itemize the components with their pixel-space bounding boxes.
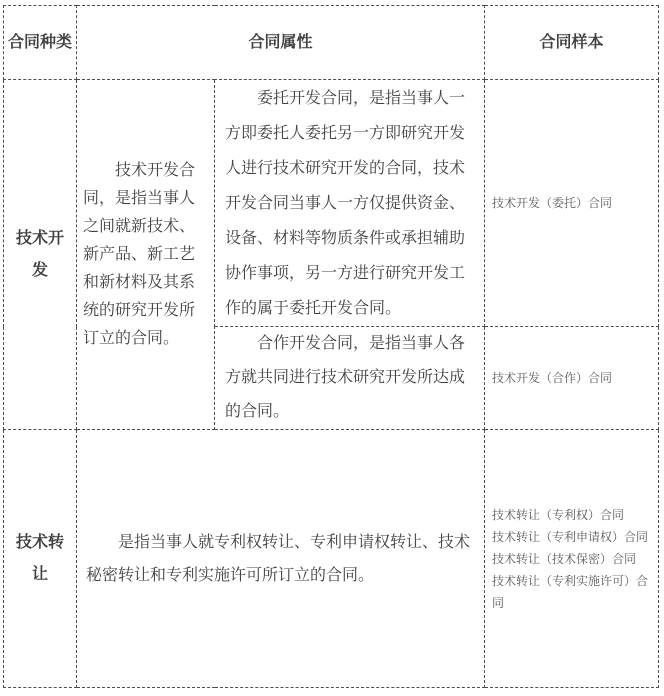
tech-transfer-sample-item: 技术转让（专利权）合同 [492,504,651,526]
tech-transfer-sample-item: 技术转让（专利申请权）合同 [492,526,651,548]
table-header-row: 合同种类 合同属性 合同样本 [4,6,659,80]
header-contract-attribute: 合同属性 [77,6,485,80]
tech-transfer-sample-list: 技术转让（专利权）合同 技术转让（专利申请权）合同 技术转让（技术保密）合同 技… [485,430,659,688]
cooperate-dev-attribute-text: 合作开发合同，是指当事人各方就共同进行技术研究开发所达成的合同。 [215,327,485,430]
header-contract-category: 合同种类 [4,6,77,80]
tech-transfer-sample-item: 技术转让（专利实施许可）合同 [492,570,651,614]
contract-types-table: 合同种类 合同属性 合同样本 技术开发 技术开发合同，是指当事人之间就新技术、新… [3,5,659,688]
tech-dev-definition-text: 技术开发合同，是指当事人之间就新技术、新产品、新工艺和新材料及其系统的研究开发所… [77,80,215,430]
entrust-dev-attribute-text: 委托开发合同，是指当事人一方即委托人委托另一方即研究开发人进行技术研究开发的合同… [215,80,485,327]
cooperate-dev-sample-text: 技术开发（合作）合同 [485,327,659,430]
tech-transfer-category-label: 技术转让 [4,430,77,688]
tech-transfer-sample-item: 技术转让（技术保密）合同 [492,548,651,570]
tech-dev-category-label: 技术开发 [4,80,77,430]
header-contract-sample: 合同样本 [485,6,659,80]
tech-dev-entrust-row: 技术开发 技术开发合同，是指当事人之间就新技术、新产品、新工艺和新材料及其系统的… [4,80,659,327]
tech-transfer-attribute-text: 是指当事人就专利权转让、专利申请权转让、技术秘密转让和专利实施许可所订立的合同。 [77,430,485,688]
entrust-dev-sample-text: 技术开发（委托）合同 [485,80,659,327]
tech-transfer-row: 技术转让 是指当事人就专利权转让、专利申请权转让、技术秘密转让和专利实施许可所订… [4,430,659,688]
